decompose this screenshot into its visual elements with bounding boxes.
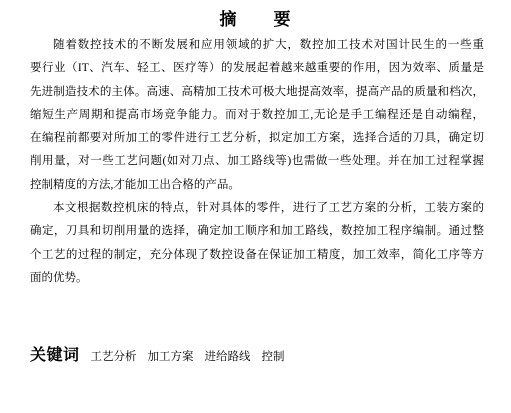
keyword-item: 工艺分析 <box>91 351 137 363</box>
paragraph-line: 控制精度的方法,才能加工出合格的产品。 <box>30 174 484 197</box>
paragraph-line: 削用量，对一些工艺问题(如对刀点、加工路线等)也需做一些处理。并在加工过程掌握 <box>30 150 484 173</box>
keyword-item: 控制 <box>262 351 285 363</box>
paragraph-line: 面的优势。 <box>30 267 484 290</box>
page-title: 摘 要 <box>0 0 511 30</box>
paragraph-line: 先进制造技术的主体。高速、高精加工技术可极大地提高效率，提高产品的质量和档次， <box>30 81 484 104</box>
paragraph-line: 随着数控技术的不断发展和应用领域的扩大，数控加工技术对国计民生的一些重 <box>30 34 484 57</box>
paragraph-line: 要行业（IT、汽车、轻工、医疗等）的发展起着越来越重要的作用，因为效率、质量是 <box>30 57 484 80</box>
paragraph-line: 确定，刀具和切削用量的选择，确定加工顺序和加工路线，数控加工程序编制。通过整 <box>30 220 484 243</box>
keywords-row: 关键词工艺分析加工方案进给路线控制 <box>30 345 484 368</box>
keywords-label: 关键词 <box>30 347 80 364</box>
paragraph-2: 本文根据数控机床的特点，针对具体的零件，进行了工艺方案的分析，工装方案的 确定，… <box>30 197 484 290</box>
paragraph-line: 个工艺的过程的制定，充分体现了数控设备在保证加工精度，加工效率，简化工序等方 <box>30 244 484 267</box>
keyword-item: 进给路线 <box>205 351 251 363</box>
paragraph-line: 本文根据数控机床的特点，针对具体的零件，进行了工艺方案的分析，工装方案的 <box>30 197 484 220</box>
paragraph-line: 缩短生产周期和提高市场竞争能力。而对于数控加工,无论是手工编程还是自动编程， <box>30 104 484 127</box>
abstract-page: 摘 要 随着数控技术的不断发展和应用领域的扩大，数控加工技术对国计民生的一些重 … <box>0 0 511 413</box>
paragraph-line: 在编程前都要对所加工的零件进行工艺分析，拟定加工方案，选择合适的刀具，确定切 <box>30 127 484 150</box>
abstract-body: 随着数控技术的不断发展和应用领域的扩大，数控加工技术对国计民生的一些重 要行业（… <box>30 34 484 290</box>
paragraph-1: 随着数控技术的不断发展和应用领域的扩大，数控加工技术对国计民生的一些重 要行业（… <box>30 34 484 197</box>
keyword-item: 加工方案 <box>148 351 194 363</box>
